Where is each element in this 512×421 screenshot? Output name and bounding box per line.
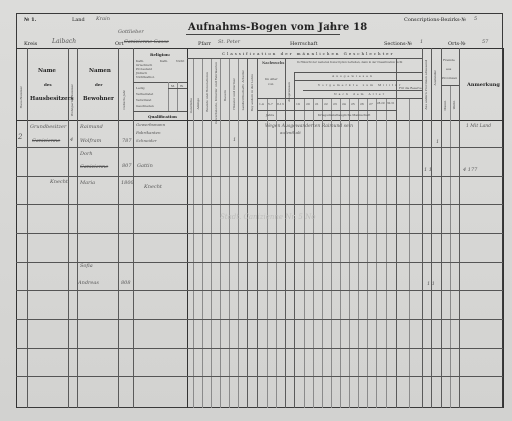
row3-geburts-jahr: 1800: [121, 180, 134, 186]
row-divider: [16, 204, 503, 205]
vline: [133, 48, 134, 408]
col-haus-nummer: Haus-Nummer: [19, 86, 23, 108]
row1-hausbesitzer: Grundbesitzer: [30, 124, 66, 130]
row3-bewohner-1: Maria: [80, 180, 95, 186]
hline: [133, 111, 187, 112]
religion-row: Nichtkathol.: [136, 75, 155, 79]
vline: [77, 48, 78, 408]
vline: [386, 98, 387, 408]
col-ausgewiesen: Ausgewiesen: [332, 74, 374, 78]
vline: [503, 48, 504, 408]
vline: [422, 48, 423, 408]
vline: [68, 48, 69, 408]
col-anmerkung: Anmerkung: [467, 82, 500, 88]
pfarr-label: Pfarr: [198, 41, 211, 47]
row-divider: [16, 176, 503, 177]
stand-row: Verwitwet: [136, 98, 151, 102]
hline: [168, 88, 187, 89]
row2-anmerkung: 4 177: [463, 167, 477, 173]
row1-wohnpartei: 4: [70, 137, 73, 143]
row1-haus-nummer: 2: [18, 133, 22, 141]
census-form-sheet: № 1. Land Krain Conscriptions-Bezirks-№ …: [0, 0, 512, 421]
row3-hausbesitzer: Knecht: [50, 179, 68, 185]
row-divider: [16, 376, 503, 377]
row2-marks: 1 1: [424, 167, 432, 173]
age-label: Im Alter: [265, 77, 278, 81]
vline: [187, 48, 188, 408]
col-fremde: Fremde: [443, 58, 455, 62]
kreis-value: Laibach: [52, 38, 76, 45]
age-col: 5-7: [268, 102, 273, 106]
sections-value: 1: [420, 39, 423, 45]
orts-label: Orts-№: [448, 41, 466, 47]
col-nachwuchs: Nachwuchs: [262, 61, 284, 65]
ort-label: Ort: [115, 41, 124, 47]
form-title: Aufnahms-Bogen vom Jahre 18: [188, 22, 367, 33]
row-divider: [16, 348, 503, 349]
form-number: № 1.: [24, 17, 36, 23]
col-geheilt: Ausgewiesen: [287, 82, 291, 102]
ort-correction: Gottlieber: [118, 29, 144, 35]
age-range-col: 26: [360, 102, 364, 106]
stand-row: Verheiratet: [136, 92, 153, 96]
hline: [187, 58, 422, 59]
vline: [441, 48, 442, 408]
row-divider: [16, 233, 503, 234]
land-value: Krain: [96, 16, 110, 22]
vline: [118, 48, 119, 408]
form-year: 40: [326, 24, 334, 31]
row-divider: [16, 147, 503, 148]
age-col: 1-4: [259, 102, 264, 106]
col-kriegsdienst: Kriegsdiensttaugliche Mannschaft: [318, 113, 370, 117]
religion-col: Kath.: [160, 59, 168, 63]
vline: [459, 48, 460, 408]
col-classification: Classification der männlichen Geschlecht…: [222, 51, 394, 56]
vline: [431, 48, 432, 408]
vline: [177, 82, 178, 111]
row6-bewohner-1: Sofia: [80, 263, 93, 269]
vline: [168, 82, 169, 111]
row1-mark-right: 1: [436, 139, 439, 145]
stand-row: Geschieden: [136, 104, 154, 108]
vline: [267, 98, 268, 408]
col-qualification: Qualification: [148, 114, 177, 119]
row3-qualification: Knecht: [144, 184, 162, 190]
row1-anmerkung: 1 Mit Land: [466, 124, 491, 129]
classification-subcol: Gewerbsleute, Künstler und Fabrikanten: [214, 62, 218, 124]
col-geburts-jahr: Geburts-Jahr: [122, 90, 126, 110]
age-range-col: 27: [369, 102, 373, 106]
col-nach-dem-alter: Nach dem Alter: [334, 92, 386, 96]
col-hausbesitzer-3: Hausbesitzers: [30, 96, 74, 102]
col-auslaender: Ausländer: [433, 70, 437, 85]
row1-remark: Wegen Ausgewanderten Raimund sein: [265, 124, 353, 129]
conscriptions-value: 5: [474, 16, 477, 22]
vline: [276, 98, 277, 408]
row1-bewohner-2: Wolfram: [80, 138, 101, 144]
col-hausbesitzer-2: des: [44, 82, 52, 87]
vline: [27, 48, 28, 408]
col-aus-andern: Aus andern Provinzen abwesend: [424, 60, 428, 110]
vline: [376, 98, 377, 408]
col-fremde-m: Männl.: [443, 100, 447, 111]
classification-subcol: Landwirthschaftl. Arbeiter: [241, 70, 245, 111]
hline: [294, 80, 422, 81]
col-hausbesitzer-1: Name: [38, 68, 56, 74]
vline: [294, 72, 295, 408]
vline: [313, 98, 314, 408]
row-divider: [16, 319, 503, 320]
row1-hausbesitzer-struck: Canizienne: [32, 138, 60, 144]
vline: [16, 48, 17, 408]
row2-qualification: Gattin: [137, 163, 153, 169]
row-divider: [16, 290, 503, 291]
col-vorgemerkte: Vorgemerkte zum Militär: [318, 83, 402, 87]
conscriptions-label: Conscriptions-Bezirks-№: [404, 17, 466, 23]
stand-col: W.: [180, 84, 184, 88]
vline: [340, 98, 341, 408]
row1-geburts-jahr: 787: [122, 138, 132, 144]
row1-remark-2: aufenthalt: [280, 130, 301, 135]
vline: [409, 98, 410, 408]
row6-marks: 1 1: [427, 281, 435, 287]
row4-faint-note: Stadt. Canizienne Nr. 5 No: [220, 213, 315, 221]
classification-subcol: Geistliche: [189, 98, 193, 113]
col-bewohner-1: Namen: [89, 68, 111, 74]
col-fuer-reserve: Für die Reserve: [399, 86, 422, 90]
kreis-label: Kreis: [24, 41, 37, 47]
header-divider: [16, 48, 503, 49]
vline: [450, 85, 451, 408]
classification-subcol: Adelige: [196, 98, 200, 109]
pfarr-value: St. Peter: [218, 39, 240, 45]
vline: [304, 98, 305, 408]
age-range-col: 19: [296, 102, 300, 106]
col-reserve-note: In Hinsicht der weiteren Konscription be…: [297, 61, 402, 64]
ort-value: Canizienne Gasse: [124, 39, 169, 45]
row2-bewohner-1: Dorh: [80, 151, 93, 157]
vline: [358, 98, 359, 408]
title-underline: [186, 34, 340, 35]
row1-classification-mark: 1: [233, 137, 236, 143]
col-wohnpartei: Wohnpartei-Nummer: [70, 84, 74, 116]
row1-qualification-3: Schneider: [136, 138, 157, 143]
col-religion: Religion:: [150, 52, 170, 57]
stand-row: Ledig: [136, 86, 145, 90]
hline: [303, 90, 422, 91]
age-range-col: 25: [351, 102, 355, 106]
col-fremde: aus: [446, 67, 451, 71]
row1-qualification-2: Fabrikanten: [136, 130, 161, 135]
hline: [294, 72, 422, 73]
col-fremde: Provinzen: [442, 76, 457, 80]
row2-bewohner-2-struck: Canizienne: [80, 164, 108, 170]
hline: [441, 85, 459, 86]
age-range-col: 20: [306, 102, 310, 106]
row6-geburts-jahr: 808: [121, 280, 131, 286]
classification-subcol: Bauern: [223, 90, 227, 101]
classification-subcol: Bey andern in der Lehre: [250, 74, 254, 111]
vline: [367, 98, 368, 408]
vline: [349, 98, 350, 408]
hline: [257, 110, 397, 111]
age-range-col: 23: [333, 102, 337, 106]
col-fremde-w: Weibl.: [452, 100, 456, 109]
col-bewohner-3: Bewohner: [83, 96, 114, 102]
row2-geburts-jahr: 807: [122, 163, 132, 169]
sections-label: Sections-№: [384, 41, 412, 47]
age-range-col: 30-31: [387, 102, 394, 105]
classification-subcol: Häusler und Gärtner: [232, 78, 236, 110]
column-header-bottom: [16, 120, 503, 121]
classification-subcol: Beamte und Honoratioren: [205, 72, 209, 112]
hline: [133, 82, 187, 83]
age-col: 8-13: [277, 102, 284, 106]
age-range-col: 21: [315, 102, 319, 106]
col-bewohner-2: der: [95, 82, 102, 87]
jahre-label: Jahre: [266, 113, 274, 117]
stand-col: M.: [171, 84, 175, 88]
age-label: von: [268, 82, 273, 86]
age-range-col: 24: [342, 102, 346, 106]
row1-qualification-1: Gewerbsmann: [136, 122, 165, 127]
vline: [331, 98, 332, 408]
row1-bewohner-1: Raimund: [80, 124, 103, 130]
herrschaft-label: Herrschaft: [290, 41, 318, 47]
orts-value: 57: [482, 39, 488, 45]
religion-col: Nicht: [176, 59, 184, 63]
vline: [322, 98, 323, 408]
age-range-col: 22: [324, 102, 328, 106]
hline: [257, 98, 422, 99]
age-range-col: 28-29: [377, 102, 384, 105]
land-label: Land: [72, 17, 85, 23]
row6-bewohner-2: Andreas: [78, 280, 99, 286]
